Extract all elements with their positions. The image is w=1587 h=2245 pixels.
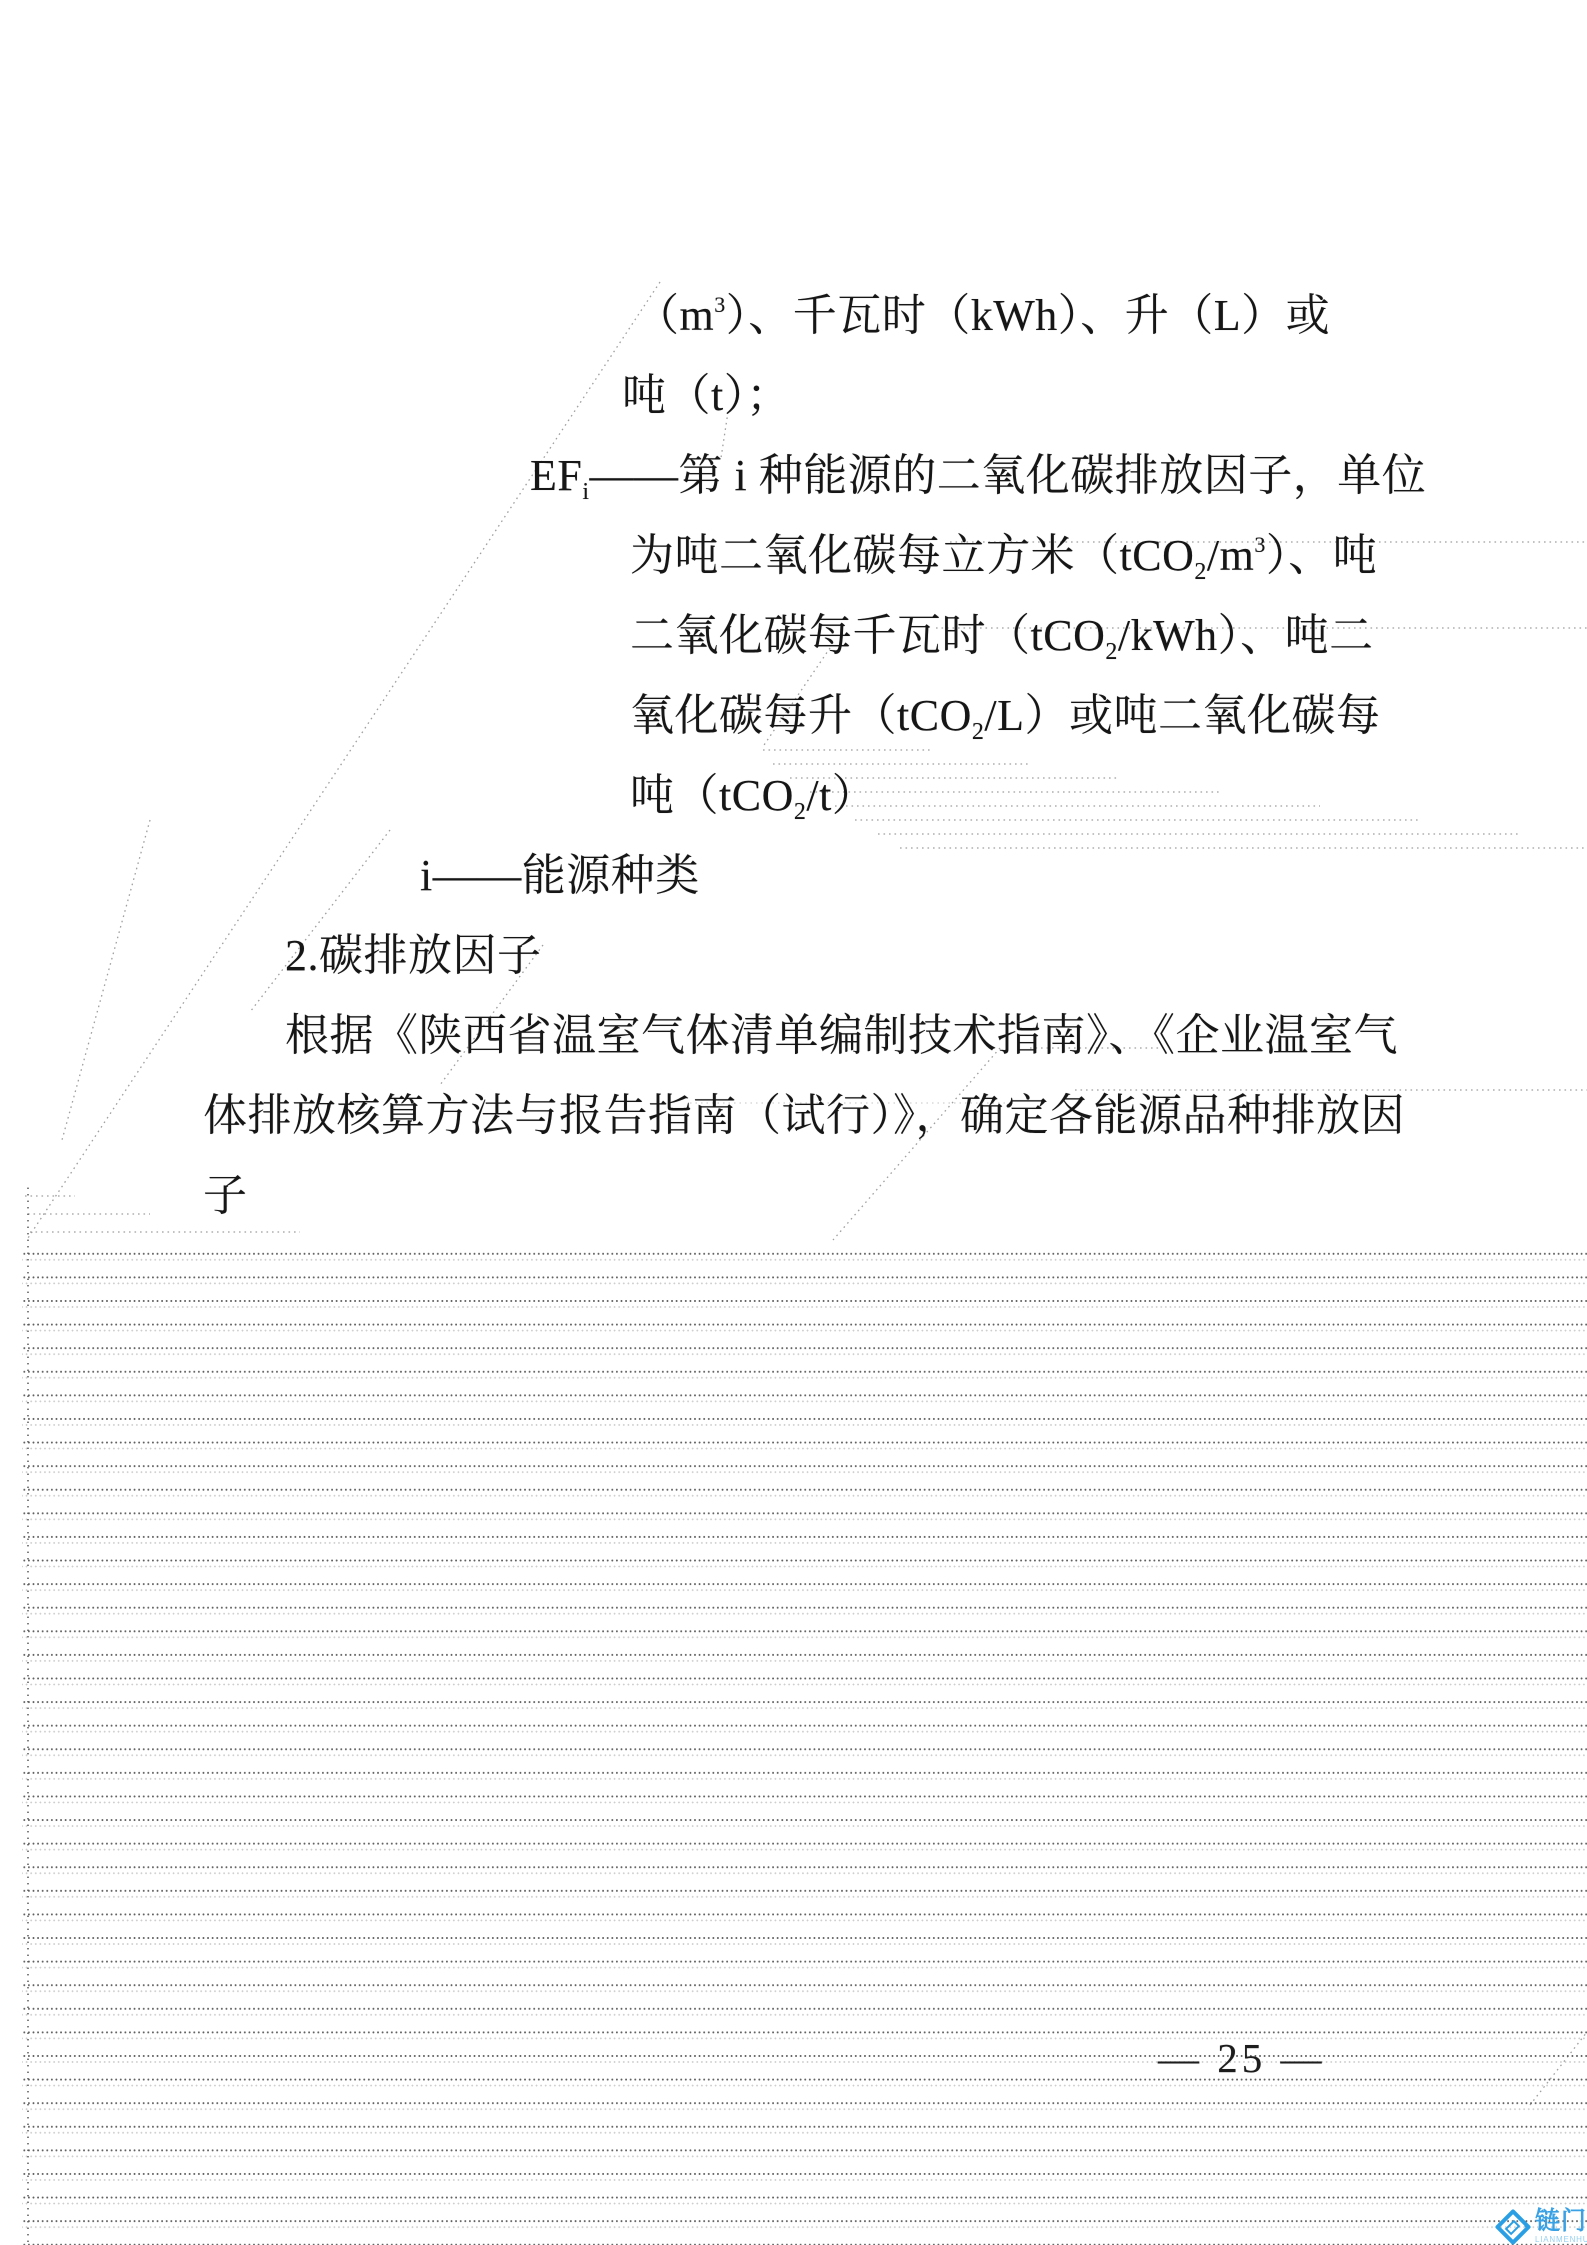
doc-line-units-2: 吨（t）； xyxy=(622,372,791,420)
watermark-brand: 链门户 xyxy=(1535,2209,1587,2234)
doc-line-section-2: 2.碳排放因子 xyxy=(285,932,542,980)
watermark-domain: LIANMENHU.COM xyxy=(1535,2236,1587,2244)
doc-line-paragraph-3: 子 xyxy=(203,1172,248,1220)
doc-line-paragraph-2: 体排放核算方法与报告指南（试行）》，确定各能源品种排放因 xyxy=(203,1092,1405,1140)
doc-line-ef-def: EFi——第 i 种能源的二氧化碳排放因子，单位 xyxy=(530,452,1426,500)
lianmenhu-watermark: 链门户 LIANMENHU.COM xyxy=(1494,2206,1587,2245)
doc-line-units-1: （m3）、千瓦时（kWh）、升（L）或 xyxy=(635,292,1330,340)
document-page: （m3）、千瓦时（kWh）、升（L）或 吨（t）； EFi——第 i 种能源的二… xyxy=(0,0,1587,2245)
document-text: （m3）、千瓦时（kWh）、升（L）或 吨（t）； EFi——第 i 种能源的二… xyxy=(0,0,1587,2245)
doc-line-ef-unit-4: 吨（tCO2/t） xyxy=(630,772,876,820)
page-number: — 25 — xyxy=(1158,2034,1326,2082)
doc-line-i-def: i——能源种类 xyxy=(420,852,700,900)
doc-line-ef-unit-1: 为吨二氧化碳每立方米（tCO2/m3）、吨 xyxy=(630,532,1377,580)
doc-line-paragraph-1: 根据《陕西省温室气体清单编制技术指南》、《企业温室气 xyxy=(285,1012,1398,1060)
lianmenhu-logo-icon xyxy=(1494,2208,1530,2244)
doc-line-ef-unit-2: 二氧化碳每千瓦时（tCO2/kWh）、吨二 xyxy=(630,612,1374,660)
watermark-text: 链门户 LIANMENHU.COM xyxy=(1535,2209,1587,2244)
doc-line-ef-unit-3: 氧化碳每升（tCO2/L）或吨二氧化碳每 xyxy=(630,692,1380,740)
